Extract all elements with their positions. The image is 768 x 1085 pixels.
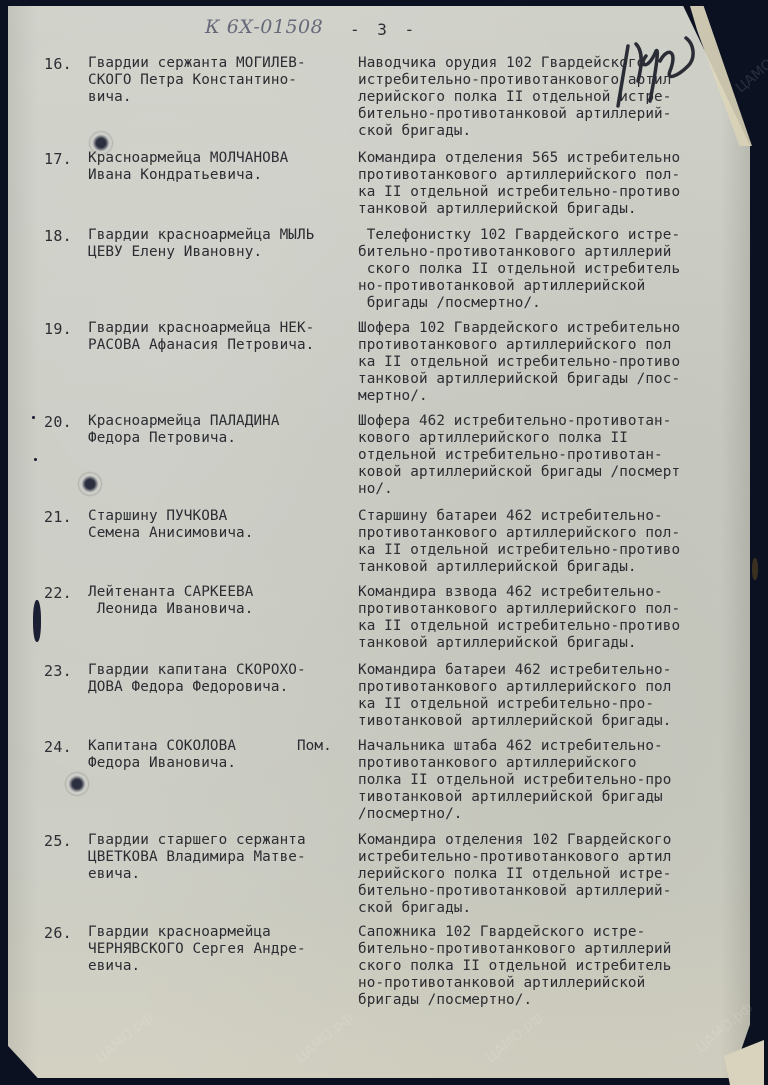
hole-punch [66,773,88,795]
entry-name: Лейтенанта САРКЕЕВА Леонида Ивановича. [88,584,358,618]
entry-number: 20. [44,413,72,431]
entry-number: 16. [44,55,72,73]
entry-number: 19. [44,320,72,338]
entry-name: Гвардии капитана СКОРОХО- ДОВА Федора Фе… [88,662,358,696]
entry-name: Гвардии сержанта МОГИЛЕВ- СКОГО Петра Ко… [88,55,358,106]
entry-name: Гвардии красноармейца МЫЛЬ ЦЕВУ Елену Ив… [88,227,358,261]
entry-number: 21. [44,508,72,526]
ink-dot [32,416,35,419]
entry-number: 25. [44,832,72,850]
entry-role: Командира взвода 462 истребительно- прот… [358,584,758,652]
entry-number: 23. [44,662,72,680]
hole-punch [79,473,101,495]
entry-name: Красноармейца ПАЛАДИНА Федора Петровича. [88,413,358,447]
entry-name: Гвардии красноармейца ЧЕРНЯВСКОГО Сергея… [88,924,358,975]
entry-number: 22. [44,584,72,602]
entry-name: Гвардии красноармейца НЕК- РАСОВА Афанас… [88,320,358,354]
ink-dot [34,458,37,461]
entry-role: Шофера 102 Гвардейского истребительно пр… [358,320,758,405]
entry-name: Старшину ПУЧКОВА Семена Анисимовича. [88,508,358,542]
entry-role: Командира батареи 462 истребительно- про… [358,662,758,730]
ink-blot [33,600,41,642]
entry-role: Наводчика орудия 102 Гвардейского истреб… [358,55,758,140]
entry-number: 18. [44,227,72,245]
archive-code: К 6Х-01508 [205,16,323,38]
entry-name: Гвардии старшего сержанта ЦВЕТКОВА Влади… [88,832,358,883]
entry-role: Старшину батареи 462 истребительно- прот… [358,508,758,576]
entry-name: Красноармейца МОЛЧАНОВА Ивана Кондратьев… [88,150,358,184]
entry-role: Командира отделения 565 истребительно пр… [358,150,758,218]
entry-role: Шофера 462 истребительно-противотан- ков… [358,413,758,498]
entry-number: 17. [44,150,72,168]
entry-role: Сапожника 102 Гвардейского истре- битель… [358,924,758,1009]
entry-role: Начальника штаба 462 истребительно- прот… [358,738,758,823]
entry-role: Командира отделения 102 Гвардейского ист… [358,832,758,917]
entry-number: 24. [44,738,72,756]
entry-number: 26. [44,924,72,942]
entry-role: Телефонистку 102 Гвардейского истре- бит… [358,227,758,312]
page-number: - 3 - [350,20,418,39]
entry-name: Капитана СОКОЛОВА Пом. Федора Ивановича. [88,738,358,772]
